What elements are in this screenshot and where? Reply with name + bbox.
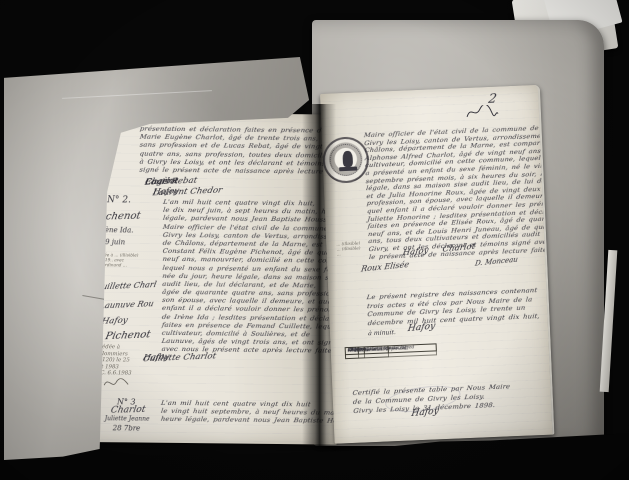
act2-birth-record-text: L'an mil huit cent quatre vingt dix huit… xyxy=(161,199,339,356)
mayor-signature: Hafoy xyxy=(101,316,129,327)
closing-last-words: à minuit. xyxy=(368,329,396,337)
witness-signature: Launuve Rou xyxy=(99,299,155,310)
act3-margin-date: 28 7bre xyxy=(113,424,141,432)
stamp-seated-figure xyxy=(342,151,353,167)
folio-paraph-squiggle xyxy=(465,105,500,120)
pencil-paraph-squiggle xyxy=(103,378,129,388)
act3-birth-record-start: L'an mil huit cent quatre vingt dix huit… xyxy=(161,400,337,426)
witness-signature: Roux Elisée xyxy=(360,260,409,274)
register-page-right: 2 Maire officier de l'état civil de la c… xyxy=(320,85,554,444)
marginal-scribble: ... (illisible)... (illisible)... xyxy=(336,240,371,257)
paper-crease xyxy=(62,90,212,99)
mayor-signature: Hafoy xyxy=(407,322,436,335)
act1-closing-text: présentation et déclaration faites en pr… xyxy=(139,126,332,177)
father-signature: Pichenot xyxy=(104,330,151,343)
text-line: signé le présent acte de naissance après… xyxy=(139,166,340,176)
witness-signature: D. Monceau xyxy=(474,256,518,268)
register-closing-statement: Le présent registre des naissances conte… xyxy=(366,287,541,329)
round-stamp-icon xyxy=(322,136,370,184)
register-page-left: présentation et déclaration faites en pr… xyxy=(85,112,340,445)
act3-birth-record-text: Maire officier de l'état civil de la com… xyxy=(364,125,545,261)
text-line: ... xyxy=(337,250,371,257)
stamp-base xyxy=(339,167,357,172)
act3-margin-given-name: Juliette Jeanne xyxy=(105,415,150,422)
text-line: heure légale, pardevant nous Jean Baptis… xyxy=(160,416,340,426)
mayor-signature: Hafoy xyxy=(411,407,440,420)
act2-margin-number: N° 2. xyxy=(107,195,131,205)
act3-margin-surname: Charlot xyxy=(110,405,146,416)
signature: Laurent Chedor xyxy=(152,186,223,199)
annual-names-table: N° d'ordre Noms et prénoms N° des actes … xyxy=(345,340,515,347)
scanned-register-photo: présentation et déclaration faites en pr… xyxy=(0,0,629,480)
